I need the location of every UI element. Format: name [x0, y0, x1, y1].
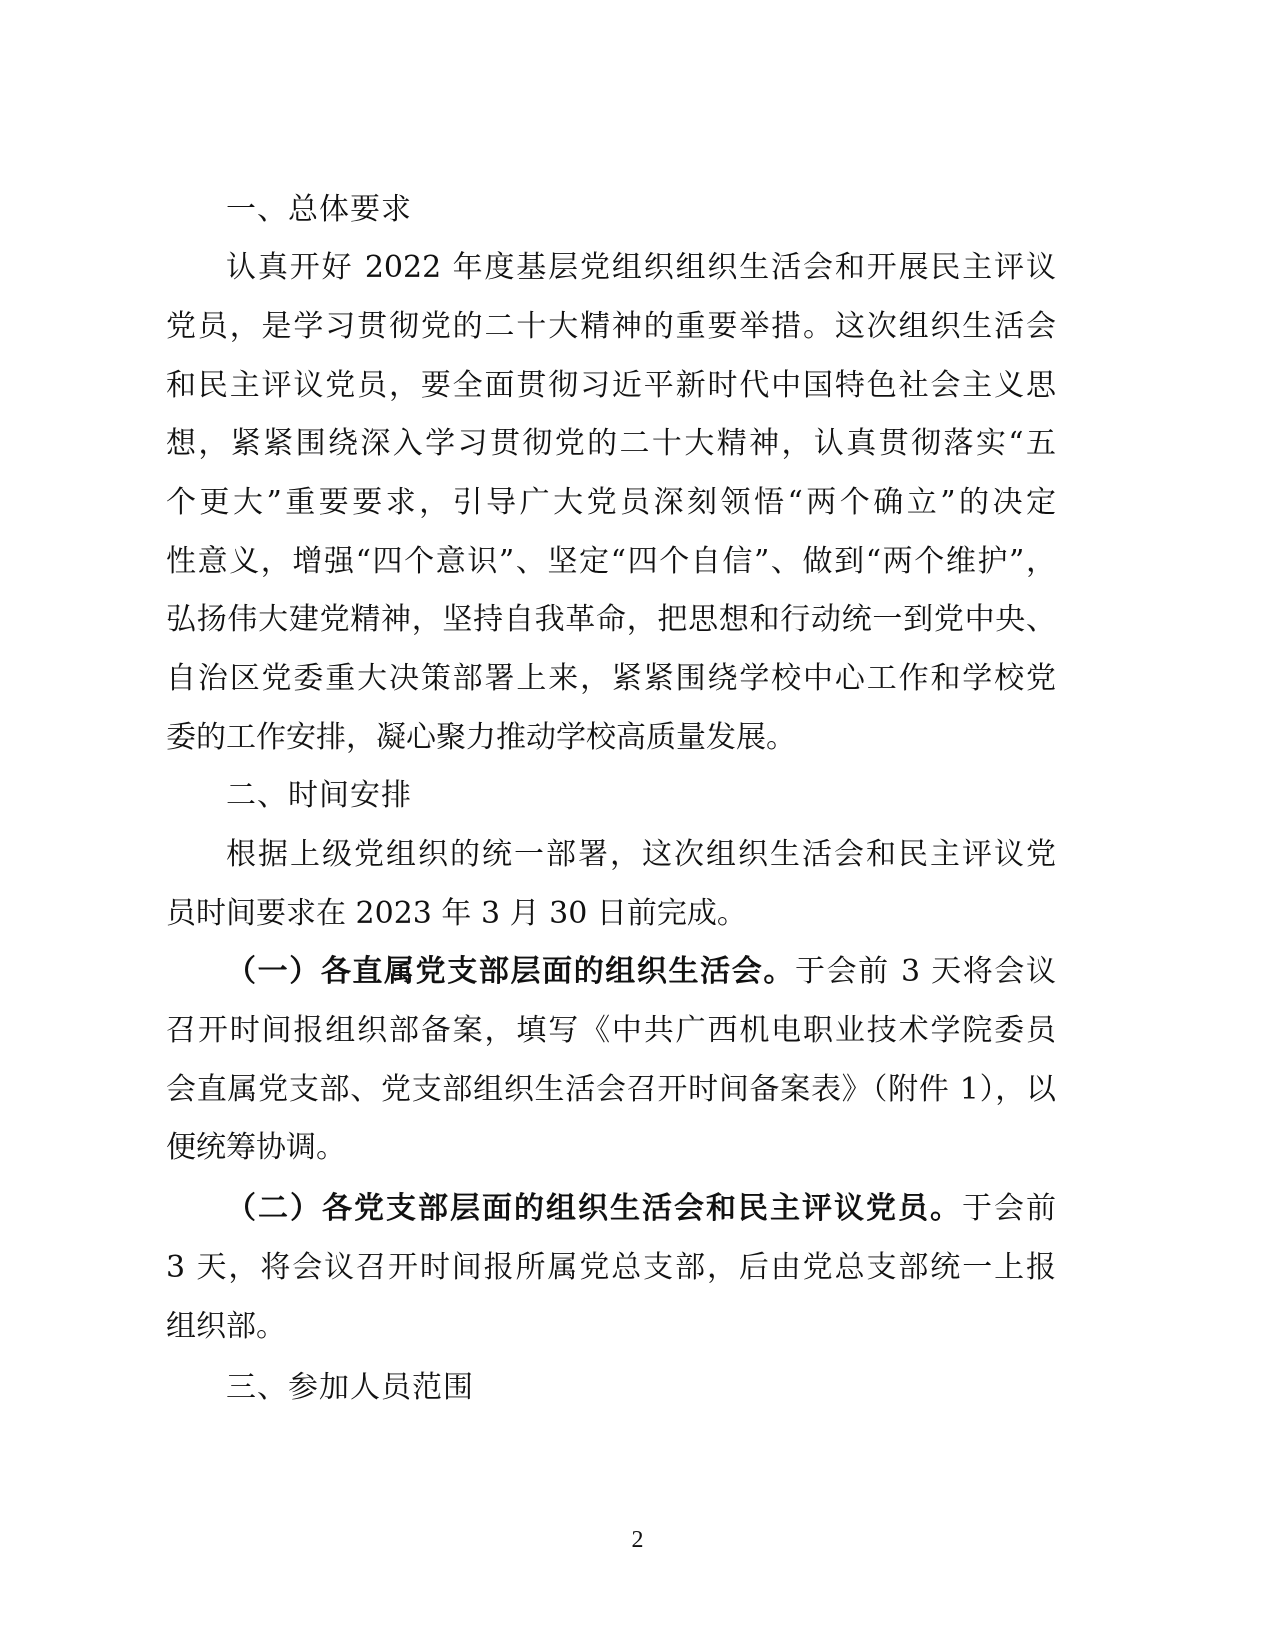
paragraph-text: 于会前 3 天将会议 — [795, 954, 1056, 989]
section-heading-participants: 三、参加人员范围 — [226, 1368, 474, 1408]
section-heading-general-requirements: 一、总体要求 — [226, 190, 412, 230]
subsection-title-party-branches: （二）各党支部层面的组织生活会和民主评议党员。 — [226, 1191, 962, 1226]
paragraph-line: 便统筹协调。 — [166, 1128, 1056, 1168]
paragraph-line: 根据上级党组织的统一部署，这次组织生活会和民主评议党 — [226, 835, 1056, 875]
paragraph-line: 弘扬伟大建党精神，坚持自我革命，把思想和行动统一到党中央、 — [166, 600, 1056, 640]
paragraph-line: 性意义，增强“四个意识”、坚定“四个自信”、做到“两个维护”， — [166, 542, 1056, 582]
document-page: 一、总体要求 认真开好 2022 年度基层党组织组织生活会和开展民主评议 党员，… — [0, 0, 1275, 1650]
paragraph-line: 认真开好 2022 年度基层党组织组织生活会和开展民主评议 — [226, 248, 1056, 288]
paragraph-line: 想，紧紧围绕深入学习贯彻党的二十大精神，认真贯彻落实“五 — [166, 424, 1056, 464]
subsection-title-directly-affiliated-branches: （一）各直属党支部层面的组织生活会。 — [226, 954, 795, 989]
subsection-first-line: （二）各党支部层面的组织生活会和民主评议党员。于会前 — [226, 1189, 1056, 1229]
page-number: 2 — [0, 1525, 1275, 1555]
section-heading-schedule: 二、时间安排 — [226, 776, 412, 816]
paragraph-line: 个更大”重要要求，引导广大党员深刻领悟“两个确立”的决定 — [166, 483, 1056, 523]
paragraph-line: 员时间要求在 2023 年 3 月 30 日前完成。 — [166, 894, 1056, 934]
paragraph-line: 会直属党支部、党支部组织生活会召开时间备案表》（附件 1），以 — [166, 1070, 1056, 1110]
subsection-first-line: （一）各直属党支部层面的组织生活会。于会前 3 天将会议 — [226, 952, 1056, 992]
paragraph-text: 于会前 — [962, 1191, 1056, 1226]
paragraph-line: 委的工作安排，凝心聚力推动学校高质量发展。 — [166, 718, 1056, 758]
paragraph-line: 自治区党委重大决策部署上来，紧紧围绕学校中心工作和学校党 — [166, 659, 1056, 699]
paragraph-line: 和民主评议党员，要全面贯彻习近平新时代中国特色社会主义思 — [166, 366, 1056, 406]
paragraph-line: 3 天，将会议召开时间报所属党总支部，后由党总支部统一上报 — [166, 1248, 1056, 1288]
paragraph-line: 组织部。 — [166, 1307, 1056, 1347]
paragraph-line: 党员，是学习贯彻党的二十大精神的重要举措。这次组织生活会 — [166, 307, 1056, 347]
paragraph-line: 召开时间报组织部备案，填写《中共广西机电职业技术学院委员 — [166, 1011, 1056, 1051]
